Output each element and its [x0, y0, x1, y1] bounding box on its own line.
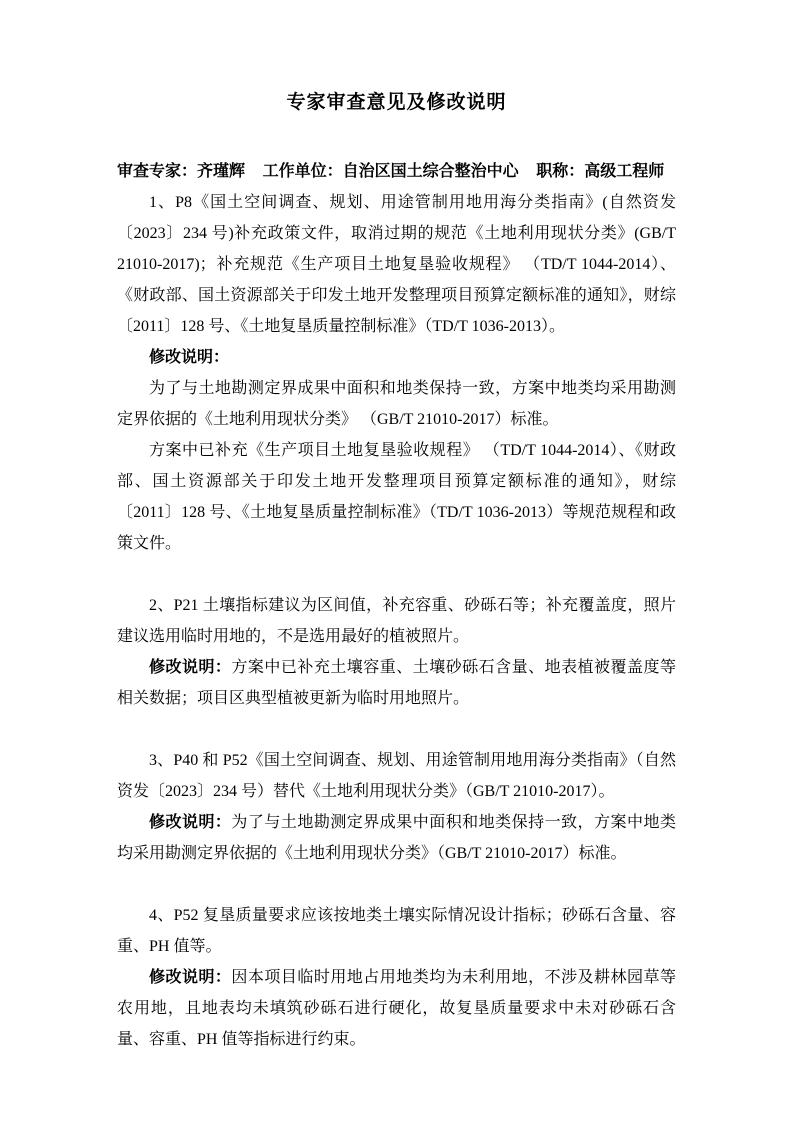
- modification-note-label-4: 修改说明：: [149, 969, 231, 986]
- expert-comment-3: 3、P40 和 P52《国土空间调查、规划、用途管制用地用海分类指南》（自然资发…: [117, 745, 676, 807]
- expert-comment-1: 1、P8《国土空间调查、规划、用途管制用地用海分类指南》(自然资发〔2023〕2…: [117, 187, 676, 342]
- modification-note-2: 修改说明：方案中已补充土壤容重、土壤砂砾石含量、地表植被覆盖度等相关数据；项目区…: [117, 652, 676, 714]
- modification-note-label-3: 修改说明：: [149, 814, 231, 831]
- modification-note-label-2: 修改说明：: [149, 659, 231, 676]
- expert-comment-4: 4、P52 复垦质量要求应该按地类土壤实际情况设计指标；砂砾石含量、容重、PH …: [117, 900, 676, 962]
- reviewer-name: 齐瑾辉: [197, 163, 245, 180]
- reviewer-label: 审查专家：: [117, 163, 197, 180]
- job-title-label: 职称：: [536, 163, 584, 180]
- job-title-value: 高级工程师: [584, 163, 664, 180]
- blank-line: [117, 559, 676, 590]
- modification-note-3: 修改说明：为了与土地勘测定界成果中面积和地类保持一致，方案中地类均采用勘测定界依…: [117, 807, 676, 869]
- document-title: 专家审查意见及修改说明: [117, 90, 676, 116]
- modification-note-4: 修改说明：因本项目临时用地占用地类均为未利用地，不涉及耕林园草等农用地，且地表均…: [117, 962, 676, 1055]
- modification-note-label-1: 修改说明：: [117, 342, 676, 373]
- blank-line: [117, 714, 676, 745]
- document-page: 专家审查意见及修改说明 审查专家：齐瑾辉工作单位：自治区国土综合整治中心职称：高…: [0, 0, 793, 1122]
- modification-note-1-paragraph-1: 为了与土地勘测定界成果中面积和地类保持一致，方案中地类均采用勘测定界依据的《土地…: [117, 373, 676, 435]
- modification-note-1-paragraph-2: 方案中已补充《生产项目土地复垦验收规程》 （TD/T 1044-2014）、《财…: [117, 435, 676, 559]
- work-unit-name: 自治区国土综合整治中心: [343, 163, 519, 180]
- reviewer-info-line: 审查专家：齐瑾辉工作单位：自治区国土综合整治中心职称：高级工程师: [117, 156, 676, 187]
- work-unit-label: 工作单位：: [263, 163, 343, 180]
- blank-line: [117, 869, 676, 900]
- expert-comment-2: 2、P21 土壤指标建议为区间值，补充容重、砂砾石等；补充覆盖度，照片建议选用临…: [117, 590, 676, 652]
